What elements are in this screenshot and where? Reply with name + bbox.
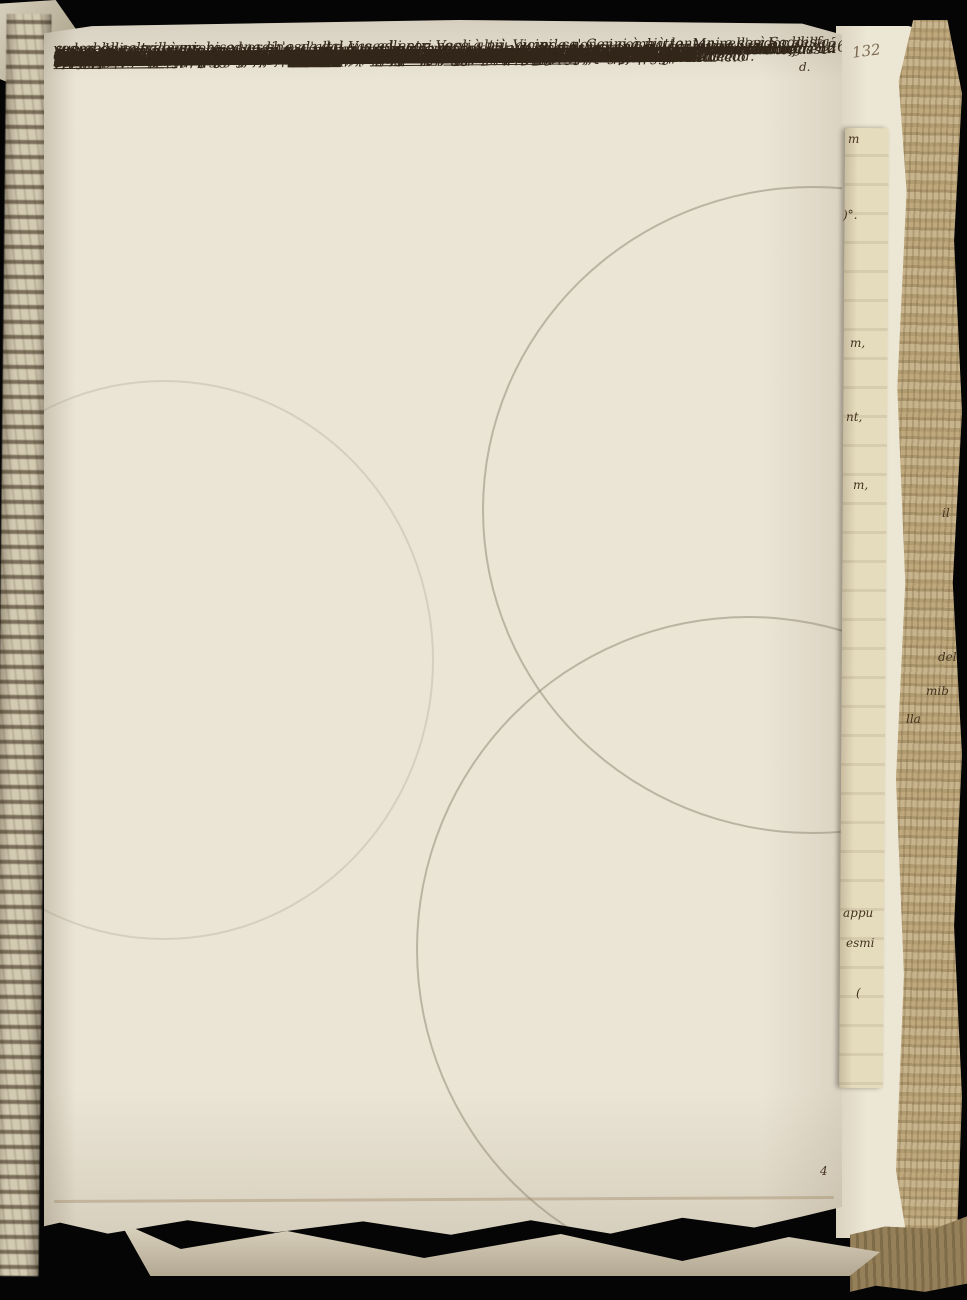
manuscript-photo: 126 vedere gli altri legni, bisogna ch'e…	[0, 0, 967, 1300]
folio-number-behind: 132	[851, 40, 882, 61]
struck-text: Grado ed autorità	[54, 51, 179, 72]
previous-page-edge	[0, 14, 52, 1276]
paper-slip	[839, 128, 889, 1088]
paragraph: vedere gli altri legni, bisogna ch'esca …	[53, 33, 835, 39]
manuscript-page: 126 vedere gli altri legni, bisogna ch'e…	[44, 20, 842, 1236]
manuscript-text: vedere gli altri legni, bisogna ch'esca …	[53, 33, 842, 1229]
